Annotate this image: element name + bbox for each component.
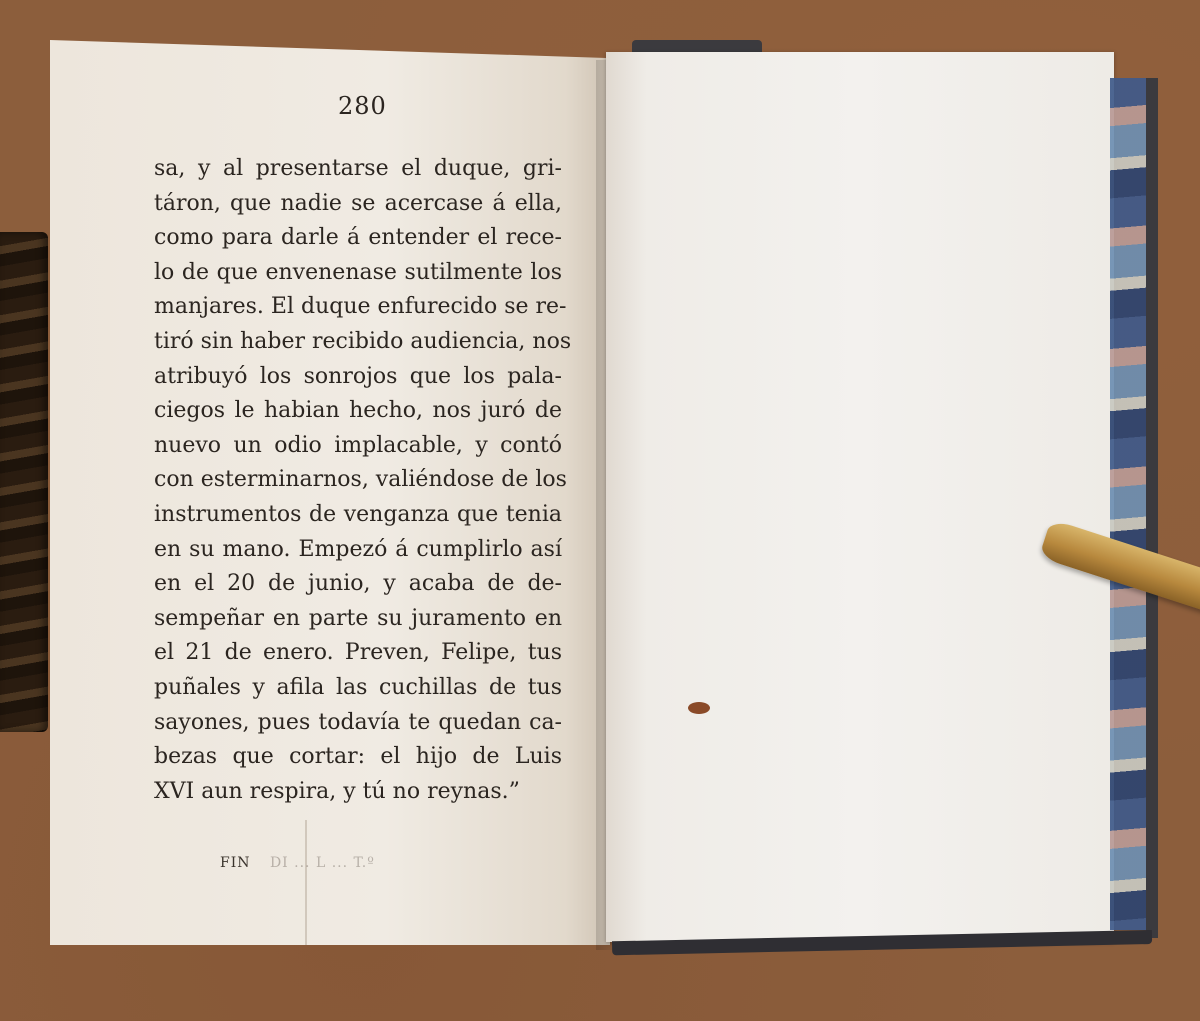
fin-line: FIN DI ... L ... T.º xyxy=(220,855,375,871)
text-line: instrumentos de venganza que tenia xyxy=(154,498,562,533)
text-line: XVI aun respira, y tú no reynas.” xyxy=(154,775,562,810)
text-line: bezas que cortar: el hijo de Luis xyxy=(154,740,562,775)
text-line: en el 20 de junio, y acaba de de- xyxy=(154,567,562,602)
wood-carving xyxy=(0,232,48,732)
page-number: 280 xyxy=(338,92,387,120)
stain-spot xyxy=(688,702,710,714)
text-line: sa, y al presentarse el duque, gri- xyxy=(154,152,562,187)
right-page-blank xyxy=(606,52,1114,942)
fin-faded-text: DI ... L ... T.º xyxy=(270,855,375,871)
text-line: ciegos le habian hecho, nos juró de xyxy=(154,394,562,429)
text-line: como para darle á entender el rece- xyxy=(154,221,562,256)
text-line: con esterminarnos, valiéndose de los xyxy=(154,463,562,498)
page-crease xyxy=(305,820,307,945)
text-line: el 21 de enero. Preven, Felipe, tus xyxy=(154,636,562,671)
text-line: sempeñar en parte su juramento en xyxy=(154,602,562,637)
text-line: táron, que nadie se acercase á ella, xyxy=(154,187,562,222)
fin-label: FIN xyxy=(220,855,251,871)
text-line: sayones, pues todavía te quedan ca- xyxy=(154,706,562,741)
text-line: atribuyó los sonrojos que los pala- xyxy=(154,360,562,395)
text-line: en su mano. Empezó á cumplirlo así xyxy=(154,533,562,568)
text-line: lo de que envenenase sutilmente los xyxy=(154,256,562,291)
text-line: nuevo un odio implacable, y contó xyxy=(154,429,562,464)
text-line: tiró sin haber recibido audiencia, nos xyxy=(154,325,562,360)
marbled-endpaper-edge xyxy=(1110,78,1150,930)
cover-board-edge xyxy=(1146,78,1158,938)
text-line: puñales y afila las cuchillas de tus xyxy=(154,671,562,706)
text-line: manjares. El duque enfurecido se re- xyxy=(154,290,562,325)
page-text-block: sa, y al presentarse el duque, gri- táro… xyxy=(154,152,562,809)
